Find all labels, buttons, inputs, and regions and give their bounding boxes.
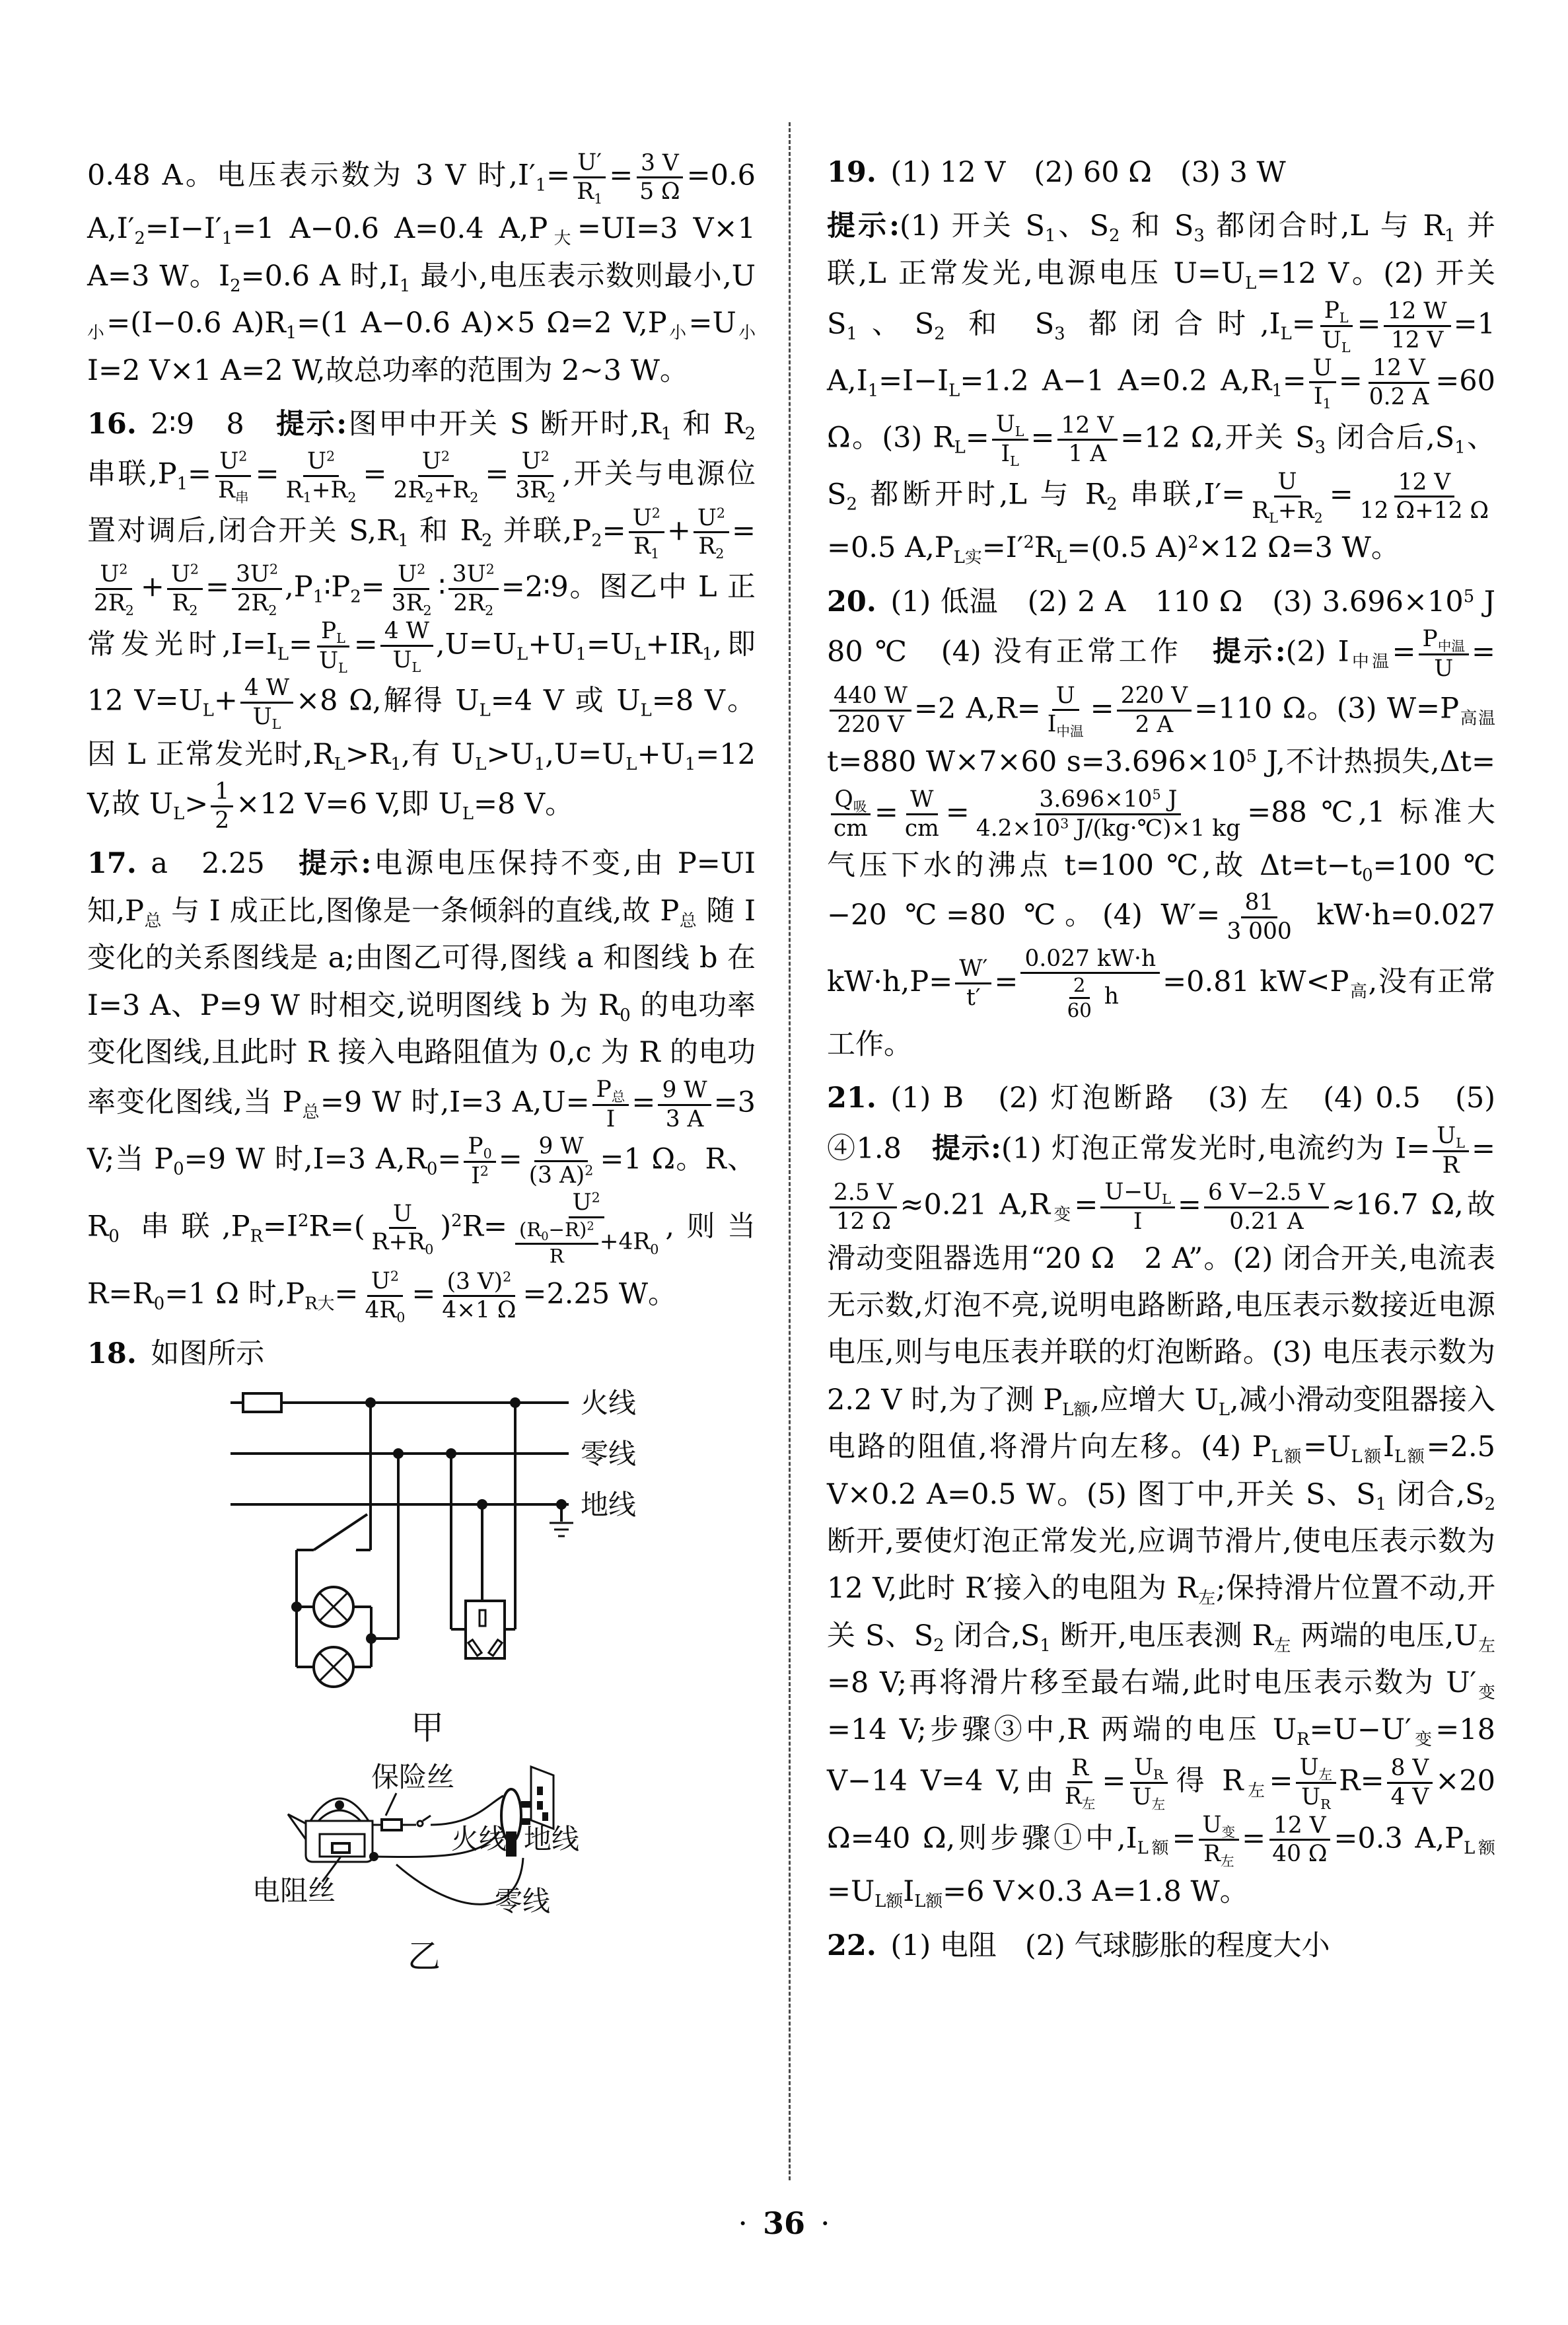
switch-icon bbox=[297, 1403, 371, 1550]
answer-19: 19. (1) 12 V (2) 60 Ω (3) 3 W bbox=[827, 149, 1495, 196]
figure-jia-household-circuit: 火线 零线 地线 甲 bbox=[87, 1385, 756, 1755]
answer-22: 22. (1) 电阻 (2) 气球膨胀的程度大小 bbox=[827, 1923, 1495, 1970]
label-resistance-wire: 电阻丝 bbox=[252, 1874, 336, 1907]
resistance-wire-icon bbox=[332, 1843, 349, 1853]
label-neutral-wire: 零线 bbox=[581, 1438, 636, 1470]
fuse-icon bbox=[382, 1820, 402, 1830]
page-number: · 36 · bbox=[701, 2205, 867, 2241]
label-earth-wire: 地线 bbox=[524, 1823, 579, 1855]
answer-19-hint: 提示:(1) 开关 S1、S2 和 S3 都闭合时,L 与 R1 并联,L 正常… bbox=[827, 203, 1495, 572]
label-neutral-wire: 零线 bbox=[495, 1885, 550, 1917]
answer-21: 21. (1) B (2) 灯泡断路 (3) 左 (4) 0.5 (5) ④1.… bbox=[827, 1075, 1495, 1915]
lamp-icon bbox=[314, 1587, 353, 1627]
lamp-icon bbox=[314, 1647, 353, 1687]
label-live-wire: 火线 bbox=[451, 1823, 507, 1855]
figure-jia-caption: 甲 bbox=[411, 1709, 444, 1747]
lamp-group bbox=[297, 1454, 398, 1687]
label-earth-wire: 地线 bbox=[581, 1489, 636, 1521]
answer-20: 20. (1) 低温 (2) 2 A 110 Ω (3) 3.696×105 J… bbox=[827, 579, 1495, 1069]
figure-yi-caption: 乙 bbox=[408, 1937, 441, 1975]
wall-socket-icon bbox=[531, 1767, 553, 1829]
fuse-assembly bbox=[373, 1816, 431, 1830]
label-fuse: 保险丝 bbox=[371, 1761, 454, 1793]
answer-16: 16. 2∶9 8 提示:图甲中开关 S 断开时,R1 和 R2 串联,P1=U… bbox=[87, 401, 756, 834]
label-live-wire: 火线 bbox=[581, 1387, 636, 1419]
answer-15-continuation: 0.48 A。电压表示数为 3 V 时,I′1=U′R1=3 V5 Ω=0.6 … bbox=[87, 149, 756, 394]
kettle-icon bbox=[288, 1798, 373, 1862]
answer-18: 18. 如图所示 bbox=[87, 1331, 756, 1378]
fuse-leader-line bbox=[386, 1793, 396, 1816]
fuse-icon bbox=[243, 1393, 281, 1412]
socket-icon bbox=[451, 1403, 515, 1658]
answer-17: 17. a 2.25 提示:电源电压保持不变,由 P=UI 知,P总 与 I 成… bbox=[87, 840, 756, 1324]
figure-yi-kettle: 保险丝 电阻丝 火线 地线 零线 乙 bbox=[87, 1757, 756, 1982]
left-column: 0.48 A。电压表示数为 3 V 时,I′1=U′R1=3 V5 Ω=0.6 … bbox=[87, 149, 756, 1982]
column-divider bbox=[789, 122, 791, 2180]
right-column: 19. (1) 12 V (2) 60 Ω (3) 3 W 提示:(1) 开关 … bbox=[827, 149, 1495, 1976]
